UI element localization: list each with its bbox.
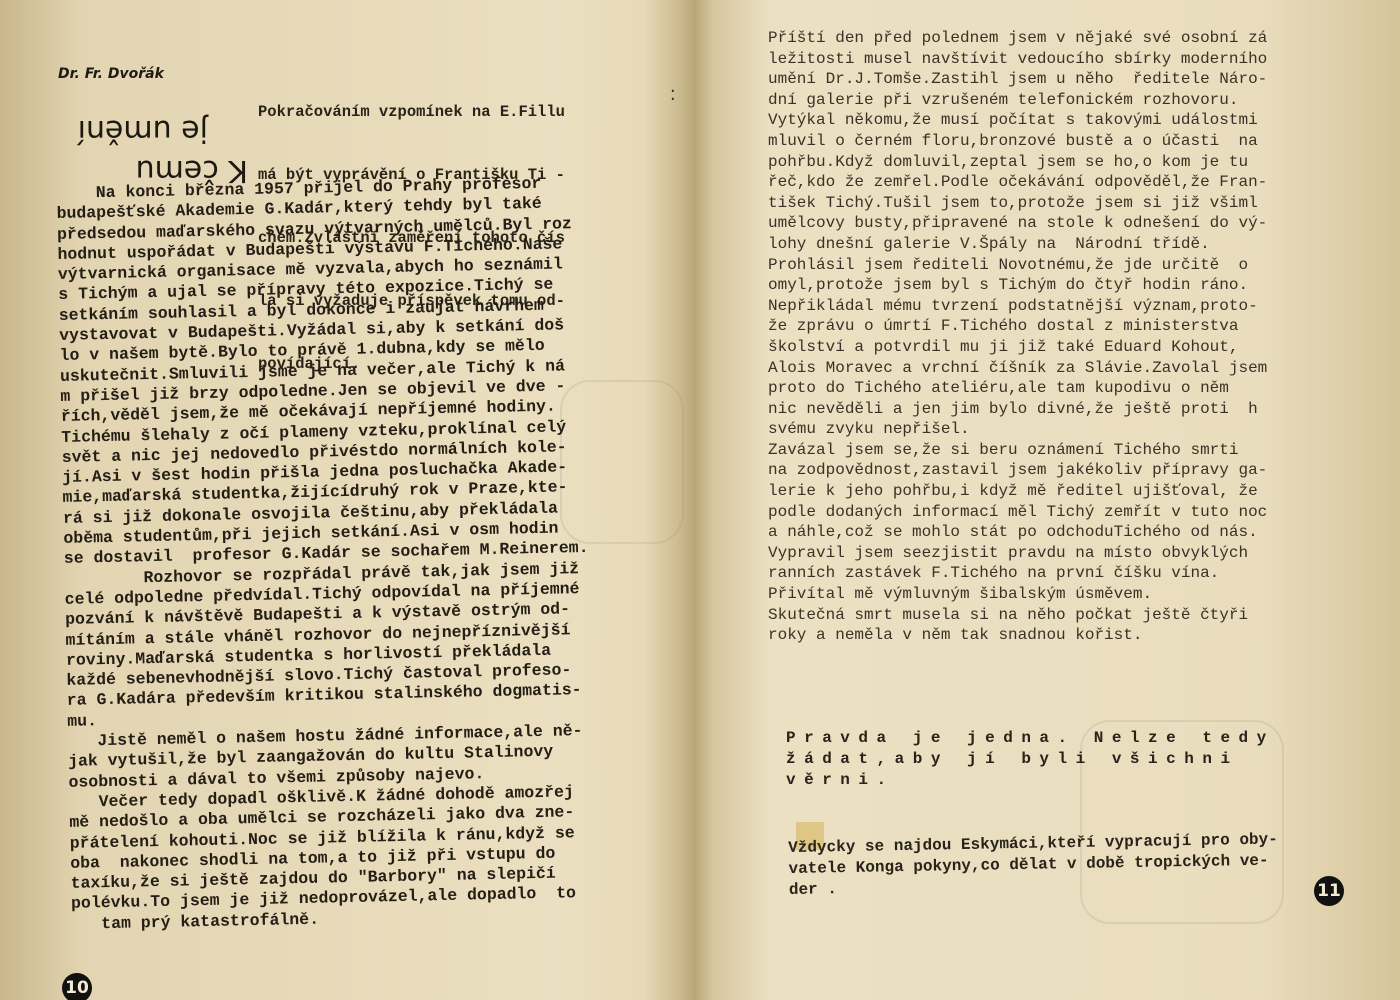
motto-quote: Pravda je jedna. Nelze tedy žádat,aby jí… xyxy=(786,728,1366,791)
left-page: Dr. Fr. Dvořák K čemu je umění Pokračová… xyxy=(0,0,700,1000)
left-body-text: Na konci března 1957 přijel do Prahy pro… xyxy=(56,171,672,934)
title-line: je umění xyxy=(118,110,248,150)
margin-mark: .. xyxy=(668,84,678,100)
article-title-upside-down: K čemu je umění xyxy=(118,90,248,190)
author-signature: Dr. Fr. Dvořák xyxy=(58,66,164,82)
book-spread: Dr. Fr. Dvořák K čemu je umění Pokračová… xyxy=(0,0,1400,1000)
page-number-badge: 10 xyxy=(62,973,92,1000)
page-number-badge: 11 xyxy=(1314,876,1344,906)
closing-aphorism: Vždycky se najdou Eskymáci,kteří vypracu… xyxy=(788,828,1349,901)
right-body-text: Příští den před polednem jsem v nějaké s… xyxy=(768,28,1358,646)
